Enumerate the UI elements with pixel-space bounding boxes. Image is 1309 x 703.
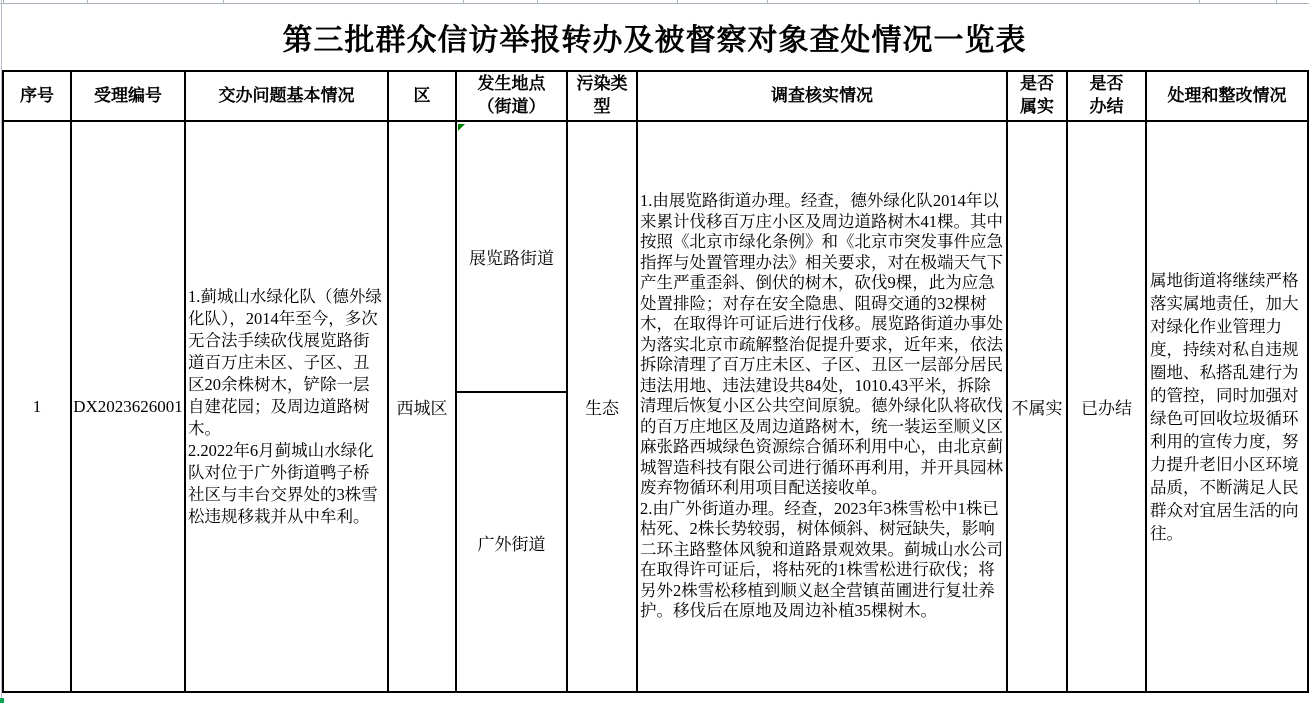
gridline-tick	[537, 0, 538, 3]
cell-problem[interactable]: 1.蓟城山水绿化队（德外绿化队），2014年至今，多次无合法手续砍伐展览路街道百…	[185, 121, 388, 692]
data-row: 1 DX2023626001 1.蓟城山水绿化队（德外绿化队），2014年至今，…	[3, 121, 1308, 392]
gridline-tick	[1276, 0, 1277, 3]
gridline-tick	[3, 0, 4, 3]
header-case-id[interactable]: 受理编号	[71, 71, 185, 121]
cell-pollution-type[interactable]: 生态	[567, 121, 637, 692]
cell-investigation[interactable]: 1.由展览路街道办理。经查，德外绿化队2014年以来累计伐移百万庄小区及周边道路…	[637, 121, 1007, 692]
header-completed[interactable]: 是否 办结	[1067, 71, 1146, 121]
gridline-tick	[223, 0, 224, 3]
header-district[interactable]: 区	[388, 71, 456, 121]
header-verified[interactable]: 是否 属实	[1007, 71, 1067, 121]
header-pollution-type[interactable]: 污染类 型	[567, 71, 637, 121]
sheet-corner-mark-icon	[0, 698, 4, 703]
header-location[interactable]: 发生地点 （街道）	[456, 71, 567, 121]
cell-verified[interactable]: 不属实	[1007, 121, 1067, 692]
gridline-tick	[463, 0, 464, 3]
cell-case-id[interactable]: DX2023626001	[71, 121, 185, 692]
cell-seq[interactable]: 1	[3, 121, 71, 692]
page-title: 第三批群众信访举报转办及被督察对象查处情况一览表	[283, 15, 1027, 59]
comment-flag-icon	[458, 124, 465, 131]
gridline-tick	[677, 0, 678, 3]
gridline-tick	[87, 0, 88, 3]
header-problem[interactable]: 交办问题基本情况	[185, 71, 388, 121]
header-handling[interactable]: 处理和整改情况	[1146, 71, 1308, 121]
cell-location-zhanlanlu[interactable]: 展览路街道	[456, 121, 567, 392]
header-seq[interactable]: 序号	[3, 71, 71, 121]
cell-handling[interactable]: 属地街道将继续严格落实属地责任，加大对绿化作业管理力度，持续对私自违规圈地、私搭…	[1146, 121, 1308, 692]
cell-location-guangwai[interactable]: 广外街道	[456, 392, 567, 692]
cell-district[interactable]: 西城区	[388, 121, 456, 692]
gridline-tick	[767, 0, 768, 3]
report-table: 序号 受理编号 交办问题基本情况 区 发生地点 （街道） 污染类 型 调查核实情…	[2, 70, 1309, 693]
title-row: 第三批群众信访举报转办及被督察对象查处情况一览表	[2, 4, 1307, 70]
gridline-tick	[1199, 0, 1200, 3]
cell-completed[interactable]: 已办结	[1067, 121, 1146, 692]
header-investigation[interactable]: 调查核实情况	[637, 71, 1007, 121]
header-row: 序号 受理编号 交办问题基本情况 区 发生地点 （街道） 污染类 型 调查核实情…	[3, 71, 1308, 121]
